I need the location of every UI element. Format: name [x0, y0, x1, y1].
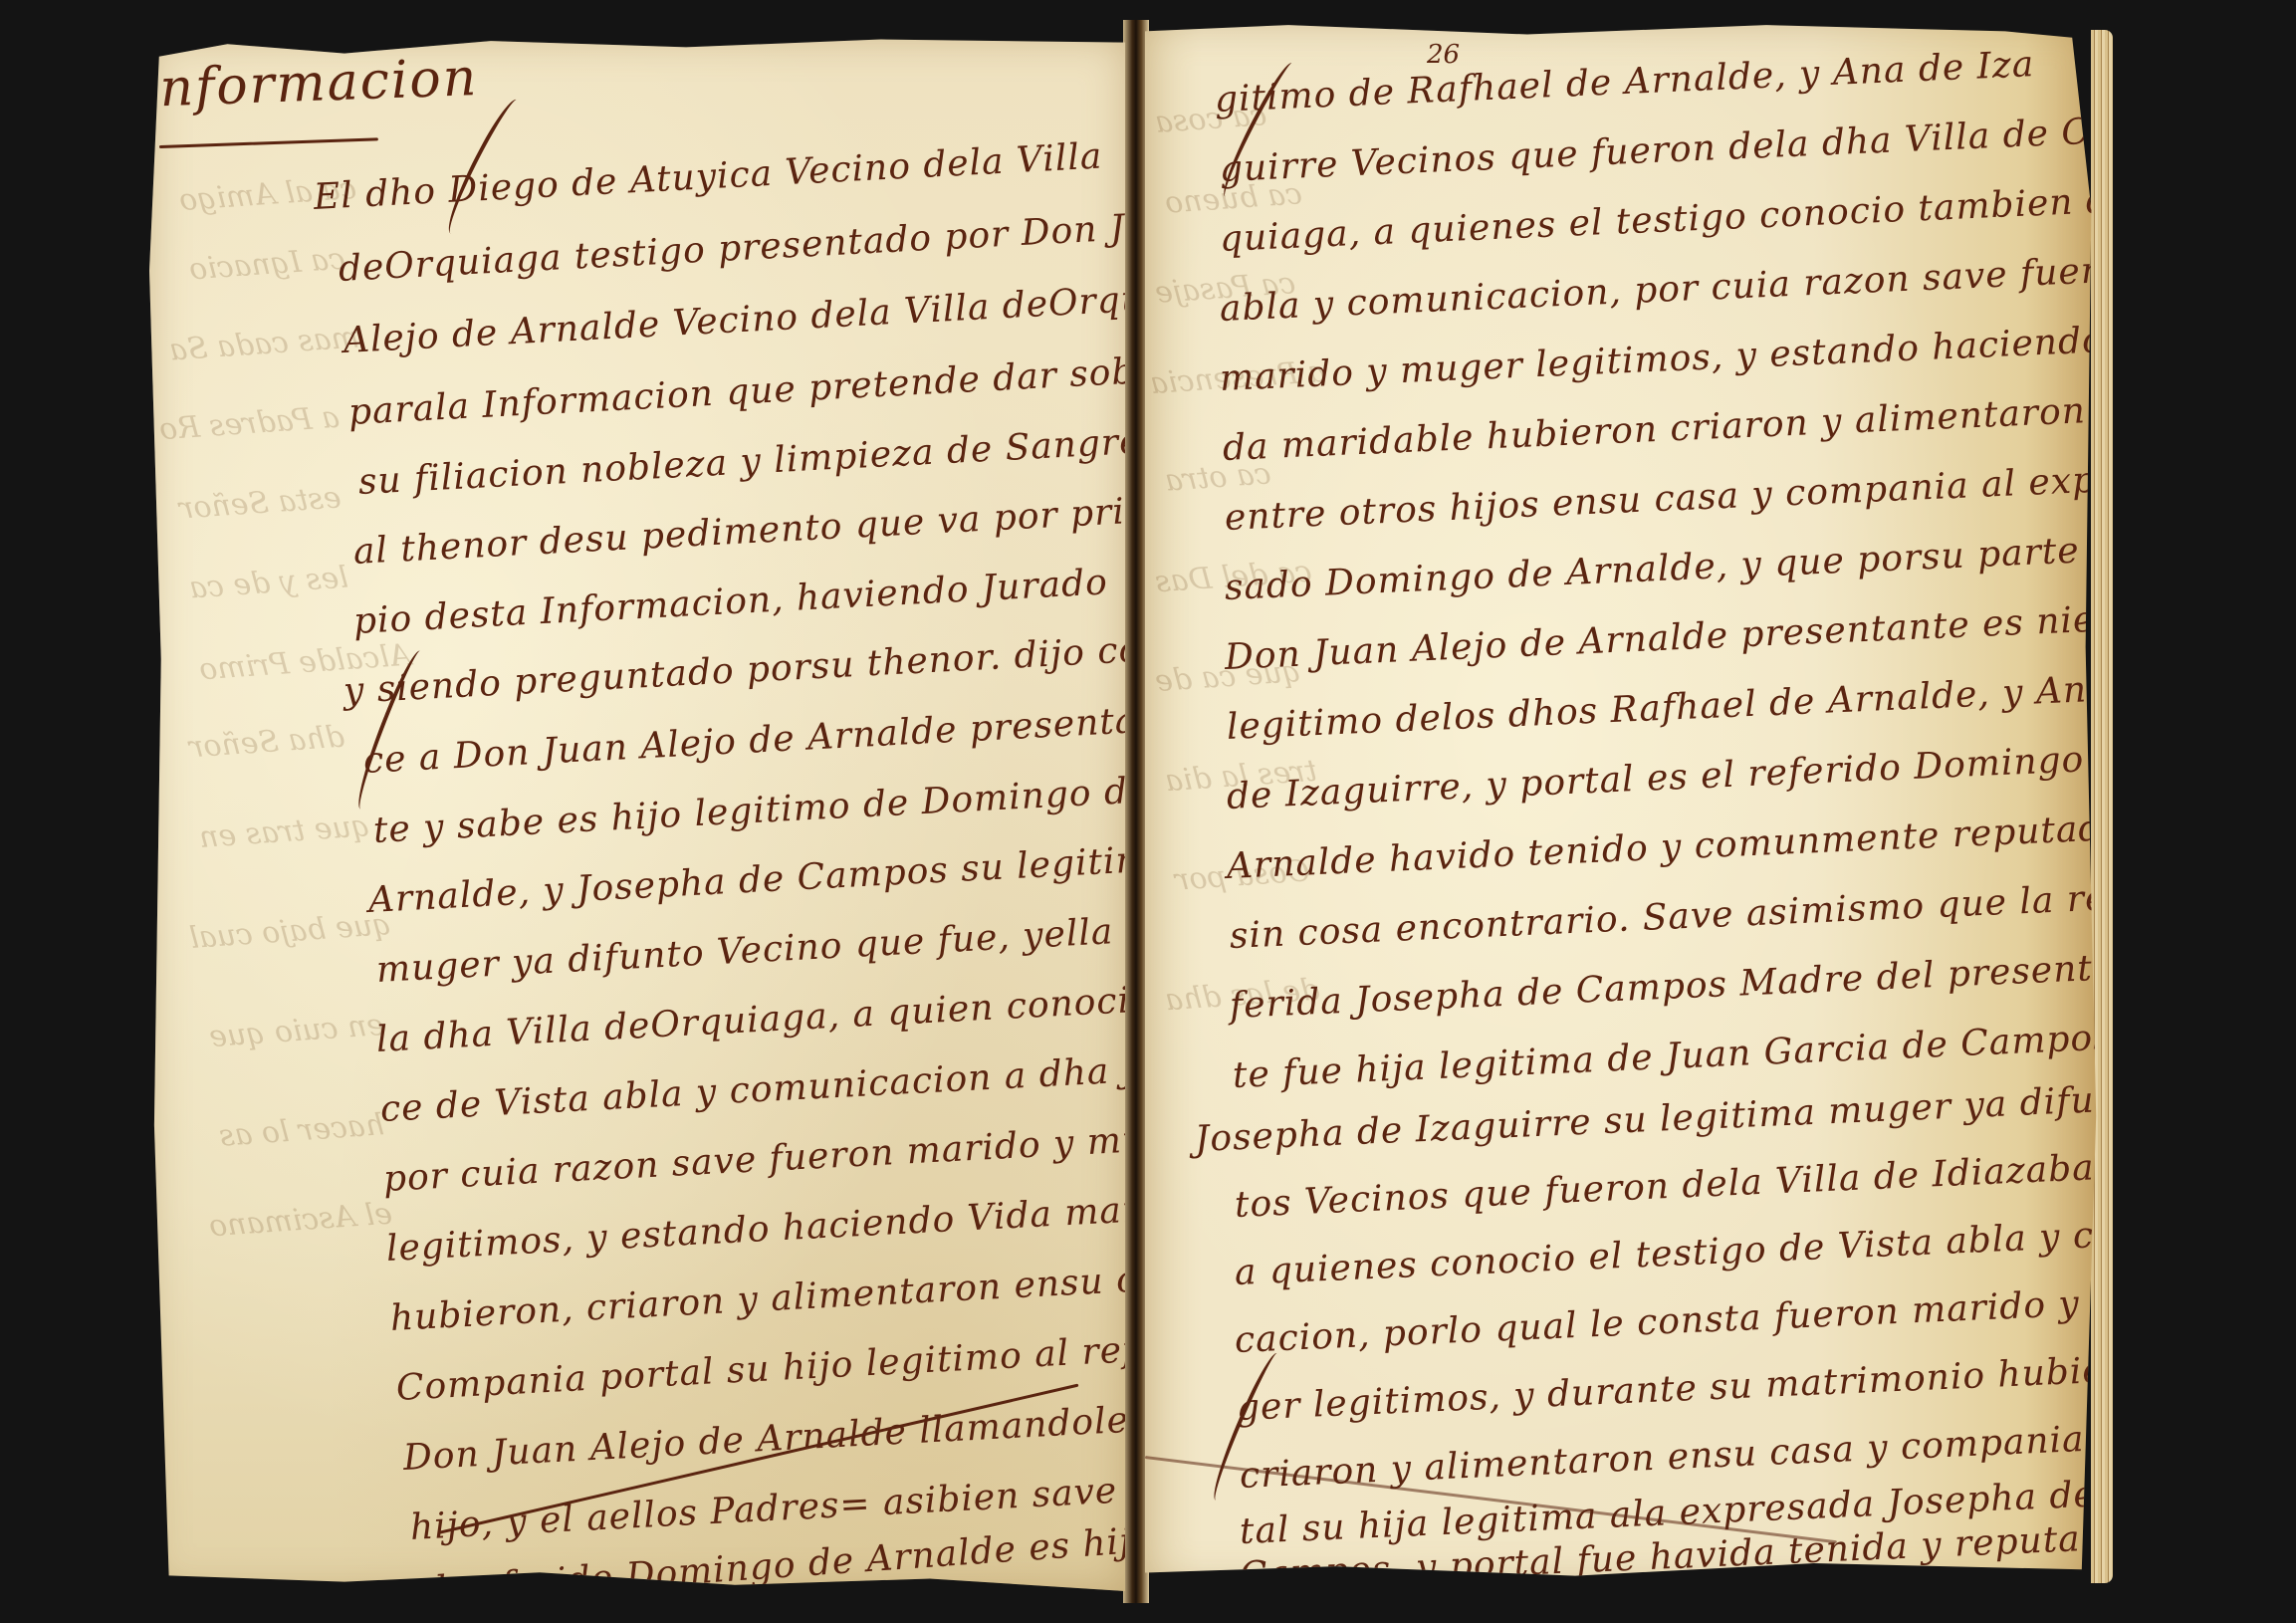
text-line: entre otros hijos ensu casa y compania a…: [1224, 458, 2101, 539]
bleed-through-text: ca Ignacio: [188, 242, 346, 288]
text-line: sado Domingo de Arnalde, y que porsu par…: [1224, 525, 2101, 608]
text-line: ferida Josepha de Campos Madre del prese…: [1229, 946, 2101, 1027]
text-line: marido y muger legitimos, y estando haci…: [1219, 318, 2101, 399]
bleed-through-text: que bajo cual: [188, 907, 392, 956]
left-page: ca al Amigo ca Ignacio mas cada Sa a Pad…: [149, 38, 1125, 1591]
text-line: ger legitimos, y durante su matrimonio h…: [1236, 1347, 2101, 1429]
bleed-through-text: hacer lo as: [218, 1107, 385, 1154]
text-line: Arnalde, y Josepha de Campos su legitima: [367, 838, 1125, 921]
text-line: y siendo preguntado porsu thenor. dijo c…: [343, 627, 1125, 712]
text-line: la dha Villa deOrquiaga, a quien conocio…: [375, 972, 1125, 1060]
text-line: al thenor desu pedimento que va por prin…: [352, 488, 1125, 573]
text-line: por cuia razon save fueron marido y mug.: [382, 1117, 1125, 1200]
text-line: Compania portal su hijo legitimo al refe…: [395, 1324, 1125, 1409]
text-line: quiaga, a quienes el testigo conocio tam…: [1219, 174, 2101, 260]
text-line: Don Juan Alejo de Arnalde llamandole: [402, 1400, 1125, 1479]
heading-underline: [159, 137, 378, 148]
text-line: parala Informacion que pretende dar sobr…: [347, 348, 1125, 432]
text-line: de Izaguirre, y portal es el referido Do…: [1226, 737, 2101, 817]
text-line: su filiacion nobleza y limpieza de Sangr…: [357, 421, 1125, 503]
bleed-through-text: mas cada Sa: [168, 320, 360, 367]
bleed-through-text: esta Señor: [178, 480, 343, 526]
text-line: El dho Diego de Atuyica Vecino dela Vill…: [313, 136, 1103, 218]
bleed-through-text: a Padres Ro: [158, 400, 341, 448]
text-line: sin cosa encontrario. Save asimismo que …: [1229, 878, 2101, 957]
text-line: tos Vecinos que fueron dela Villa de Idi…: [1234, 1147, 2101, 1226]
text-line: pio desta Informacion, haviendo Jurado: [352, 562, 1109, 642]
text-line: ce de Vista abla y comunicacion a dha Jo…: [379, 1043, 1125, 1130]
text-line: legitimo delos dhos Rafhael de Arnalde, …: [1226, 668, 2101, 748]
right-page: ca cosa ca bueno ca Pasaje a Presencia c…: [1145, 22, 2101, 1585]
document-heading: Informacion: [149, 48, 479, 119]
bleed-through-text: en cuio que: [208, 1008, 385, 1054]
text-line: Alejo de Arnalde Vecino dela Villa deOrq…: [343, 275, 1125, 361]
bleed-through-text: dha Señor: [188, 720, 345, 766]
text-line: abla y comunicacion, por cuia razon save…: [1219, 248, 2101, 330]
bleed-through-text: que tras en: [198, 809, 371, 855]
text-line: da maridable hubieron criaron y alimenta…: [1222, 390, 2087, 469]
page-edge-stack: [2091, 30, 2113, 1583]
bleed-through-text: les y de ca: [188, 560, 349, 605]
text-line: a quienes conocio el testigo de Vista ab…: [1234, 1210, 2101, 1293]
text-line: Don Juan Alejo de Arnalde presentante es…: [1224, 597, 2101, 678]
text-line: hubieron, criaron y alimentaron ensu cas…: [389, 1255, 1125, 1339]
folio-number: 26: [1427, 40, 1460, 70]
text-line: te fue hija legitima de Juan Garcia de C…: [1232, 1015, 2101, 1096]
text-line: ce a Don Juan Alejo de Arnalde presentan: [362, 699, 1125, 782]
text-line: legitimos, y estando haciendo Vida marid…: [385, 1183, 1125, 1270]
text-line: cacion, porlo qual le consta fueron mari…: [1234, 1280, 2101, 1361]
text-line: muger ya difunto Vecino que fue, yella l…: [375, 906, 1125, 991]
text-line: Arnalde havido tenido y comunmente reput…: [1226, 808, 2101, 887]
text-line: gitimo de Rafhael de Arnalde, y Ana de I…: [1214, 44, 2035, 120]
text-line: te y sabe es hijo legitimo de Domingo de: [372, 770, 1125, 851]
bleed-through-text: el Ascimano: [208, 1197, 393, 1245]
text-line: guirre Vecinos que fueron dela dha Villa…: [1219, 111, 2101, 190]
